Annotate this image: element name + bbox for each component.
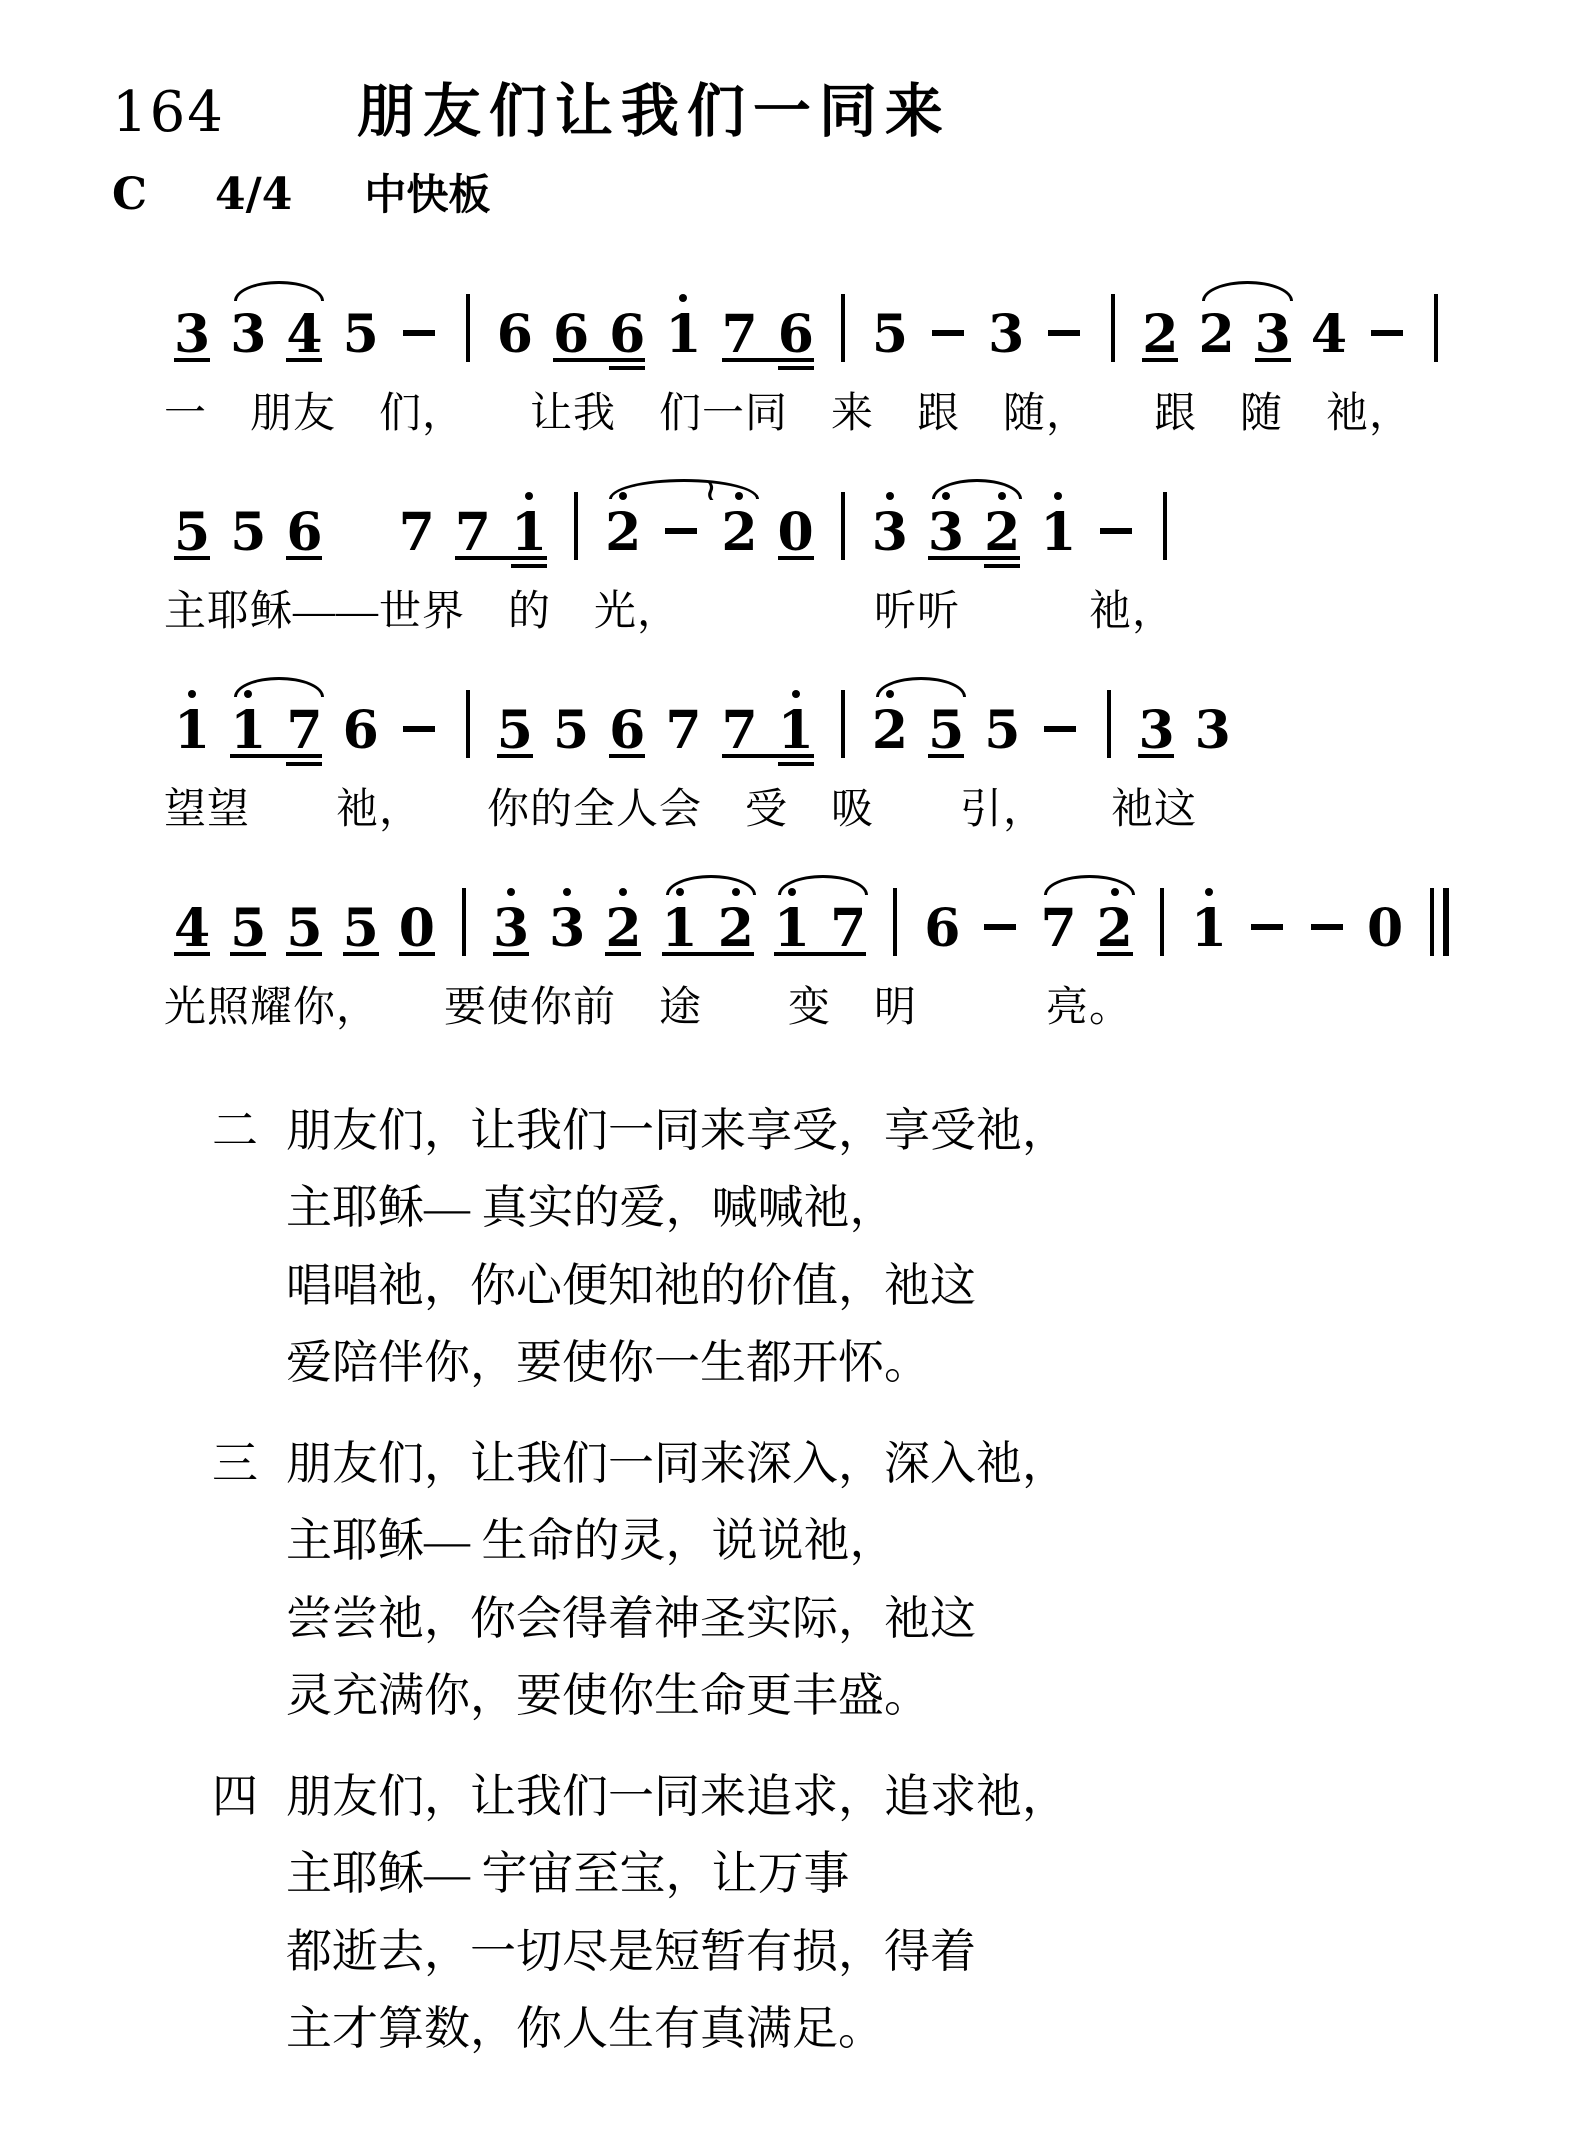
verse-line: 灵充满你，要使你生命更丰盛。 [286,1657,1068,1734]
note: 2 [872,705,908,757]
underline [1097,952,1133,956]
music-line: 117655677125533望望 祂， 你的全人会 受 吸 引， 祂这 [164,654,1531,836]
lyrics-row: 一 朋友 们， 让我 们一同 来 跟 随， 跟 随 祂， [164,380,1531,440]
verse-line: 主耶稣— 宇宙至宝，让万事 [286,1835,1068,1912]
verse-line: 朋友们，让我们一同来享受，享受祂， [286,1092,1068,1169]
barline [462,888,466,956]
underline [1142,358,1178,362]
double-underline [778,366,814,370]
note: 5 [872,309,908,361]
note: 1 [511,507,547,559]
underline [174,952,210,956]
barline [1160,888,1164,956]
barline [1434,294,1438,362]
note: 5 [286,903,322,955]
dash [1311,924,1343,930]
music-lines: 3345666176532234一 朋友 们， 让我 们一同 来 跟 随， 跟 … [164,258,1531,1034]
note: 7 [722,705,758,757]
note: 7 [722,309,758,361]
verse-text: 朋友们，让我们一同来深入，深入祂，主耶稣— 生命的灵，说说祂，尝尝祂，你会得着神… [286,1425,1068,1734]
double-underline [609,366,645,370]
slur-arc [876,677,966,697]
note: 6 [553,309,589,361]
underline [722,754,814,758]
time-signature: 4/4 [215,169,292,220]
note: 5 [928,705,964,757]
barline [574,492,578,560]
double-underline [984,564,1020,568]
dash [403,330,435,336]
barline [893,888,897,956]
double-underline [511,564,547,568]
slur-arc [932,479,1022,499]
note: 7 [665,705,701,757]
note: 7 [830,903,866,955]
underline [286,556,322,560]
note: 1 [1191,903,1227,955]
note: 3 [493,903,529,955]
note: 4 [174,903,210,955]
octave-dot [525,492,533,500]
note: 7 [399,507,435,559]
note: 1 [665,309,701,361]
note: 5 [343,903,379,955]
note: 7 [286,705,322,757]
note: 1 [174,705,210,757]
note: 0 [1367,903,1403,955]
lyrics-row: 望望 祂， 你的全人会 受 吸 引， 祂这 [164,776,1531,836]
verse-line: 都逝去，一切尽是短暂有损，得着 [286,1913,1068,1990]
underline [605,952,641,956]
hymn-sheet-page: 164 朋友们让我们一同来 C 4/4 中快板 3345666176532234… [0,0,1571,2138]
key-signature: C [112,169,147,220]
dash [1044,726,1076,732]
underline [343,952,379,956]
dash [665,528,697,534]
octave-dot [1205,888,1213,896]
note: 3 [1138,705,1174,757]
barline [841,492,845,560]
octave-dot [886,492,894,500]
music-line: 45550332121767210光照耀你， 要使你前 途 变 明 亮。 [164,852,1531,1034]
barline [466,690,470,758]
note: 2 [984,507,1020,559]
note: 5 [343,309,379,361]
lyrics-row: 主耶稣——世界 的 光， 听听 祂， [164,578,1531,638]
note: 2 [1097,903,1133,955]
barline [1107,690,1111,758]
verse-text: 朋友们，让我们一同来享受，享受祂，主耶稣— 真实的爱，喊喊祂，唱唱祂，你心便知祂… [286,1092,1068,1401]
barline [466,294,470,362]
note: 2 [1198,309,1234,361]
octave-dot [563,888,571,896]
underline [928,754,964,758]
underline [774,952,866,956]
verse-line: 唱唱祂，你心便知祂的价值，祂这 [286,1247,1068,1324]
notation-row: 117655677125533 [164,654,1531,774]
slur-arc [234,281,324,301]
note: 5 [553,705,589,757]
key-row: C 4/4 中快板 [112,162,1531,222]
dash [1048,330,1080,336]
barline [841,690,845,758]
note: 7 [455,507,491,559]
underline [609,754,645,758]
notation-row: 45550332121767210 [164,852,1531,972]
slur-arc [666,875,756,895]
underline [497,754,533,758]
octave-dot [679,294,687,302]
music-line: 3345666176532234一 朋友 们， 让我 们一同 来 跟 随， 跟 … [164,258,1531,440]
verse-line: 尝尝祂，你会得着神圣实际，祂这 [286,1580,1068,1657]
tempo-marking: 中快板 [364,162,490,222]
barline [1163,492,1167,560]
barline [841,294,845,362]
note: 3 [549,903,585,955]
note: 6 [924,903,960,955]
underline [1255,358,1291,362]
note: 1 [230,705,266,757]
note: 3 [988,309,1024,361]
verse-line: 朋友们，让我们一同来追求，追求祂， [286,1758,1068,1835]
note: 7 [1040,903,1076,955]
underline [174,358,210,362]
note: 1 [1040,507,1076,559]
note: 3 [1255,309,1291,361]
dash [1251,924,1283,930]
note: 2≀ [721,507,757,559]
underline [1138,754,1174,758]
notation-row: 55677122≀03321 [164,456,1531,576]
dash [1371,330,1403,336]
double-underline [778,762,814,766]
dash [1100,528,1132,534]
verse-line: 爱陪伴你，要使你一生都开怀。 [286,1324,1068,1401]
note: 6 [286,507,322,559]
dash [984,924,1016,930]
verses: 二朋友们，让我们一同来享受，享受祂，主耶稣— 真实的爱，喊喊祂，唱唱祂，你心便知… [212,1092,1531,2067]
underline [722,358,814,362]
note: 2 [605,903,641,955]
slur-arc [1044,875,1135,895]
note: 3 [1195,705,1231,757]
note: 2 [1142,309,1178,361]
song-title: 朋友们让我们一同来 [357,64,951,148]
octave-dot [792,690,800,698]
verse-text: 朋友们，让我们一同来追求，追求祂，主耶稣— 宇宙至宝，让万事都逝去，一切尽是短暂… [286,1758,1068,2067]
underline [286,358,322,362]
octave-dot [507,888,515,896]
note: 4 [1311,309,1347,361]
underline [493,952,529,956]
note: 1 [778,705,814,757]
dash [403,726,435,732]
note: 2 [605,507,641,559]
double-underline [286,762,322,766]
note: 0 [399,903,435,955]
verse: 三朋友们，让我们一同来深入，深入祂，主耶稣— 生命的灵，说说祂，尝尝祂，你会得着… [212,1425,1531,1734]
dash [932,330,964,336]
note: 6 [609,705,645,757]
song-number: 164 [112,80,225,145]
note: 5 [174,507,210,559]
note: 3 [872,507,908,559]
music-line: 55677122≀03321主耶稣——世界 的 光， 听听 祂， [164,456,1531,638]
note: 5 [497,705,533,757]
note: 5 [230,507,266,559]
underline [778,556,814,560]
verse-number: 二 [212,1092,286,1401]
note: 3 [174,309,210,361]
underline [455,556,547,560]
notation-row: 3345666176532234 [164,258,1531,378]
note: 0 [778,507,814,559]
note: 1 [662,903,698,955]
lyrics-row: 光照耀你， 要使你前 途 变 明 亮。 [164,974,1531,1034]
note: 6 [609,309,645,361]
verse-number: 三 [212,1425,286,1734]
note: 5 [230,903,266,955]
note: 1 [774,903,810,955]
title-row: 164 朋友们让我们一同来 [112,64,1531,148]
verse-number: 四 [212,1758,286,2067]
verse: 四朋友们，让我们一同来追求，追求祂，主耶稣— 宇宙至宝，让万事都逝去，一切尽是短… [212,1758,1531,2067]
verse: 二朋友们，让我们一同来享受，享受祂，主耶稣— 真实的爱，喊喊祂，唱唱祂，你心便知… [212,1092,1531,1401]
verse-line: 主耶稣— 生命的灵，说说祂， [286,1502,1068,1579]
underline [286,952,322,956]
octave-dot [188,690,196,698]
underline [174,556,210,560]
underline [662,952,754,956]
note: 3 [230,309,266,361]
note: 6 [497,309,533,361]
slur-arc [1202,281,1293,301]
underline [230,754,322,758]
note: 6 [778,309,814,361]
slur-arc [609,479,759,499]
verse-line: 主耶稣— 真实的爱，喊喊祂， [286,1169,1068,1246]
note: 3 [928,507,964,559]
underline [399,952,435,956]
final-barline [1430,888,1449,956]
note: 4 [286,309,322,361]
underline [553,358,645,362]
slur-arc [778,875,868,895]
note: 5 [984,705,1020,757]
note: 2 [718,903,754,955]
barline [1111,294,1115,362]
verse-line: 朋友们，让我们一同来深入，深入祂， [286,1425,1068,1502]
slur-arc [234,677,324,697]
underline [928,556,1020,560]
verse-line: 主才算数，你人生有真满足。 [286,1990,1068,2067]
note: 6 [343,705,379,757]
underline [230,952,266,956]
octave-dot [619,888,627,896]
octave-dot [1054,492,1062,500]
